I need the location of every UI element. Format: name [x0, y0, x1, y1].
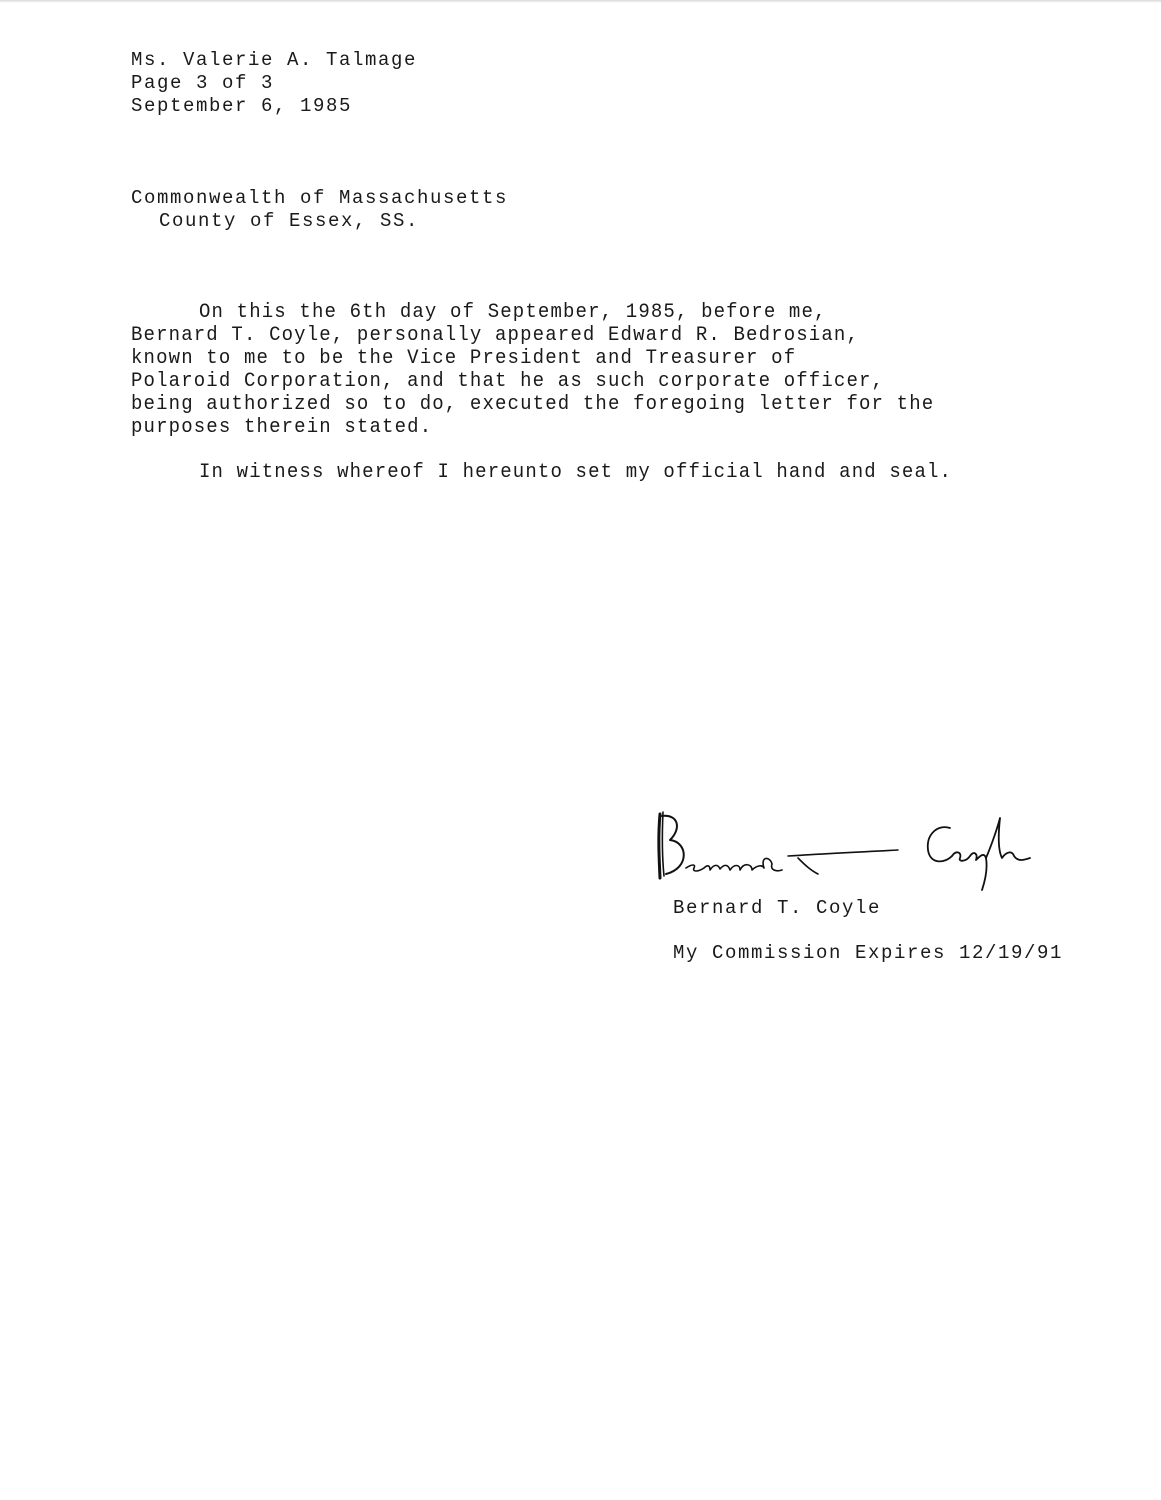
page-number: Page 3 of 3: [131, 72, 274, 94]
recipient-name: Ms. Valerie A. Talmage: [131, 49, 417, 71]
paragraph-line: On this the 6th day of September, 1985, …: [199, 300, 827, 324]
venue-state: Commonwealth of Massachusetts: [131, 187, 508, 209]
page-edge: [0, 0, 1161, 3]
paragraph-line: Polaroid Corporation, and that he as suc…: [131, 369, 884, 393]
paragraph-line: known to me to be the Vice President and…: [131, 346, 796, 370]
paragraph-line: purposes therein stated.: [131, 415, 432, 439]
venue-county: County of Essex, SS.: [159, 210, 419, 232]
signer-name: Bernard T. Coyle: [673, 897, 881, 919]
signature-icon: [648, 806, 1043, 896]
commission-expiry: My Commission Expires 12/19/91: [673, 942, 1063, 964]
witness-paragraph: In witness whereof I hereunto set my off…: [199, 460, 952, 484]
paragraph-line: Bernard T. Coyle, personally appeared Ed…: [131, 323, 859, 347]
paragraph-line: being authorized so to do, executed the …: [131, 392, 934, 416]
letter-date: September 6, 1985: [131, 95, 352, 117]
